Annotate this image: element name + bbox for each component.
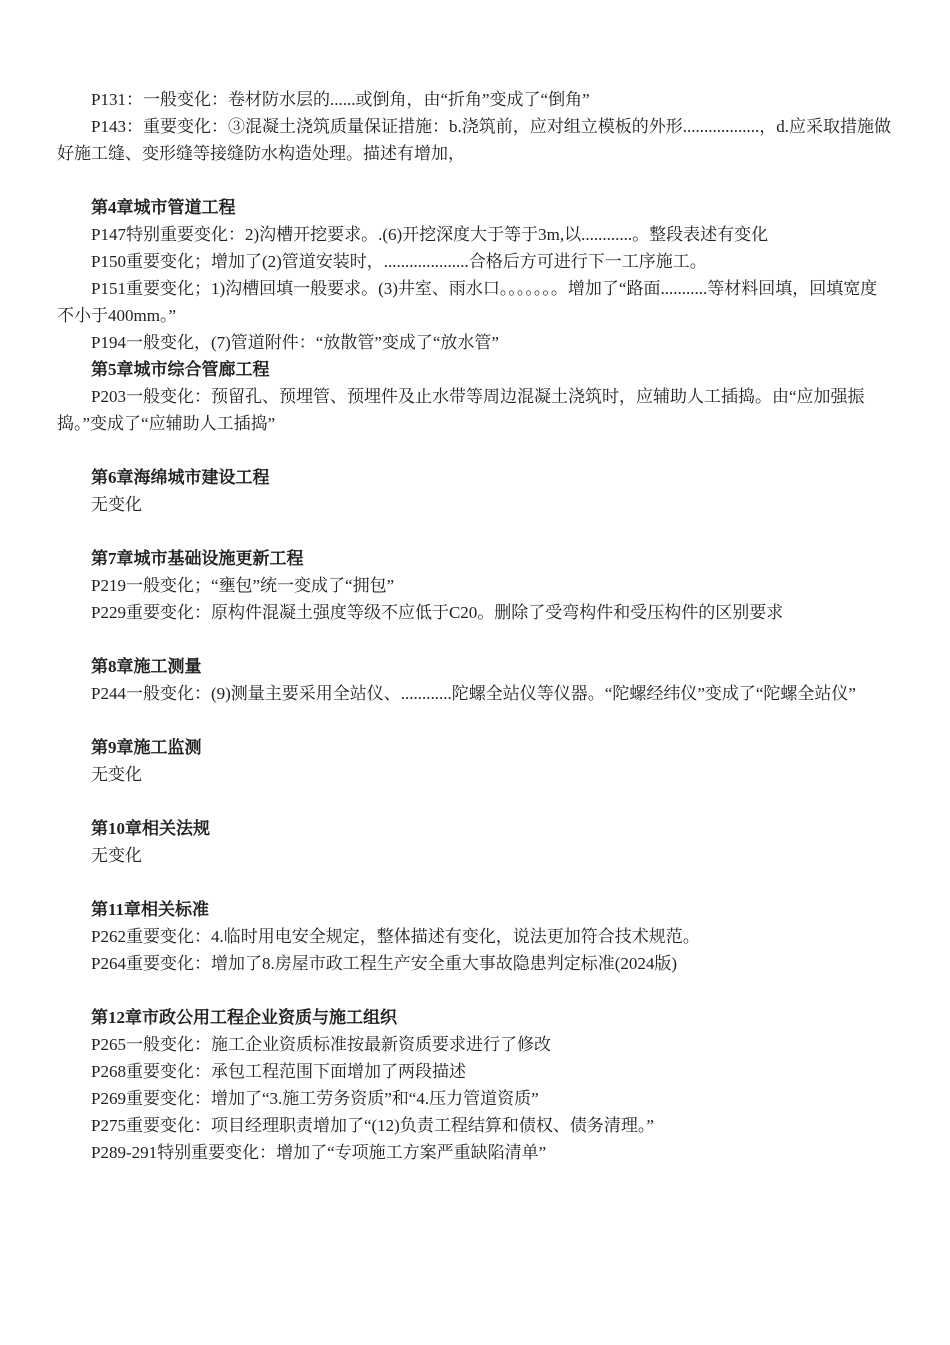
change-item: P147特别重要变化：2)沟槽开挖要求。.(6)开挖深度大于等于3m,以....…	[57, 221, 893, 248]
change-item: 无变化	[57, 842, 893, 869]
chapter-heading: 第8章施工测量	[57, 653, 893, 680]
chapter-heading: 第4章城市管道工程	[57, 194, 893, 221]
change-item: P203一般变化：预留孔、预埋管、预埋件及止水带等周边混凝土浇筑时，应辅助人工插…	[57, 383, 893, 437]
change-item: P275重要变化：项目经理职责增加了“(12)负责工程结算和债权、债务清理。”	[57, 1112, 893, 1139]
document-body: P131：一般变化：卷材防水层的......或倒角，由“折角”变成了“倒角”P1…	[57, 86, 893, 1166]
chapter-section: 第7章城市基础设施更新工程P219一般变化；“壅包”统一变成了“拥包”P229重…	[57, 545, 893, 626]
change-item: P268重要变化：承包工程范围下面增加了两段描述	[57, 1058, 893, 1085]
chapter-heading: 第6章海绵城市建设工程	[57, 464, 893, 491]
change-item: P229重要变化：原构件混凝土强度等级不应低于C20。删除了受弯构件和受压构件的…	[57, 599, 893, 626]
chapter-heading: 第12章市政公用工程企业资质与施工组织	[57, 1004, 893, 1031]
chapter-heading: 第10章相关法规	[57, 815, 893, 842]
chapter-section: 第12章市政公用工程企业资质与施工组织P265一般变化：施工企业资质标准按最新资…	[57, 1004, 893, 1166]
chapter-heading: 第5章城市综合管廊工程	[57, 356, 893, 383]
change-item: P143：重要变化：③混凝土浇筑质量保证措施：b.浇筑前，应对组立模板的外形..…	[57, 113, 893, 167]
chapter-heading: 第9章施工监测	[57, 734, 893, 761]
change-item: P264重要变化：增加了8.房屋市政工程生产安全重大事故隐患判定标准(2024版…	[57, 950, 893, 977]
change-item: P262重要变化：4.临时用电安全规定，整体描述有变化，说法更加符合技术规范。	[57, 923, 893, 950]
change-item: P289-291特别重要变化：增加了“专项施工方案严重缺陷清单”	[57, 1139, 893, 1166]
chapter-section: 第8章施工测量P244一般变化：(9)测量主要采用全站仪、...........…	[57, 653, 893, 707]
change-item: P131：一般变化：卷材防水层的......或倒角，由“折角”变成了“倒角”	[57, 86, 893, 113]
change-item: 无变化	[57, 491, 893, 518]
change-item: P269重要变化：增加了“3.施工劳务资质”和“4.压力管道资质”	[57, 1085, 893, 1112]
chapter-section: 第5章城市综合管廊工程P203一般变化：预留孔、预埋管、预埋件及止水带等周边混凝…	[57, 356, 893, 437]
change-item: P151重要变化；1)沟槽回填一般要求。(3)井室、雨水口。。。。。。。增加了“…	[57, 275, 893, 329]
chapter-section: 第10章相关法规无变化	[57, 815, 893, 869]
chapter-section: 第9章施工监测无变化	[57, 734, 893, 788]
change-item: P265一般变化：施工企业资质标准按最新资质要求进行了修改	[57, 1031, 893, 1058]
change-item: P244一般变化：(9)测量主要采用全站仪、............陀螺全站仪等…	[57, 680, 893, 707]
document-page: P131：一般变化：卷材防水层的......或倒角，由“折角”变成了“倒角”P1…	[0, 0, 950, 1345]
chapter-section: 第11章相关标准P262重要变化：4.临时用电安全规定，整体描述有变化，说法更加…	[57, 896, 893, 977]
change-item: P150重要变化；增加了(2)管道安装时，...................…	[57, 248, 893, 275]
chapter-heading: 第7章城市基础设施更新工程	[57, 545, 893, 572]
chapter-section: P131：一般变化：卷材防水层的......或倒角，由“折角”变成了“倒角”P1…	[57, 86, 893, 167]
chapter-section: 第6章海绵城市建设工程无变化	[57, 464, 893, 518]
chapter-section: 第4章城市管道工程P147特别重要变化：2)沟槽开挖要求。.(6)开挖深度大于等…	[57, 194, 893, 356]
change-item: P194一般变化，(7)管道附件：“放散管”变成了“放水管”	[57, 329, 893, 356]
chapter-heading: 第11章相关标准	[57, 896, 893, 923]
change-item: P219一般变化；“壅包”统一变成了“拥包”	[57, 572, 893, 599]
change-item: 无变化	[57, 761, 893, 788]
